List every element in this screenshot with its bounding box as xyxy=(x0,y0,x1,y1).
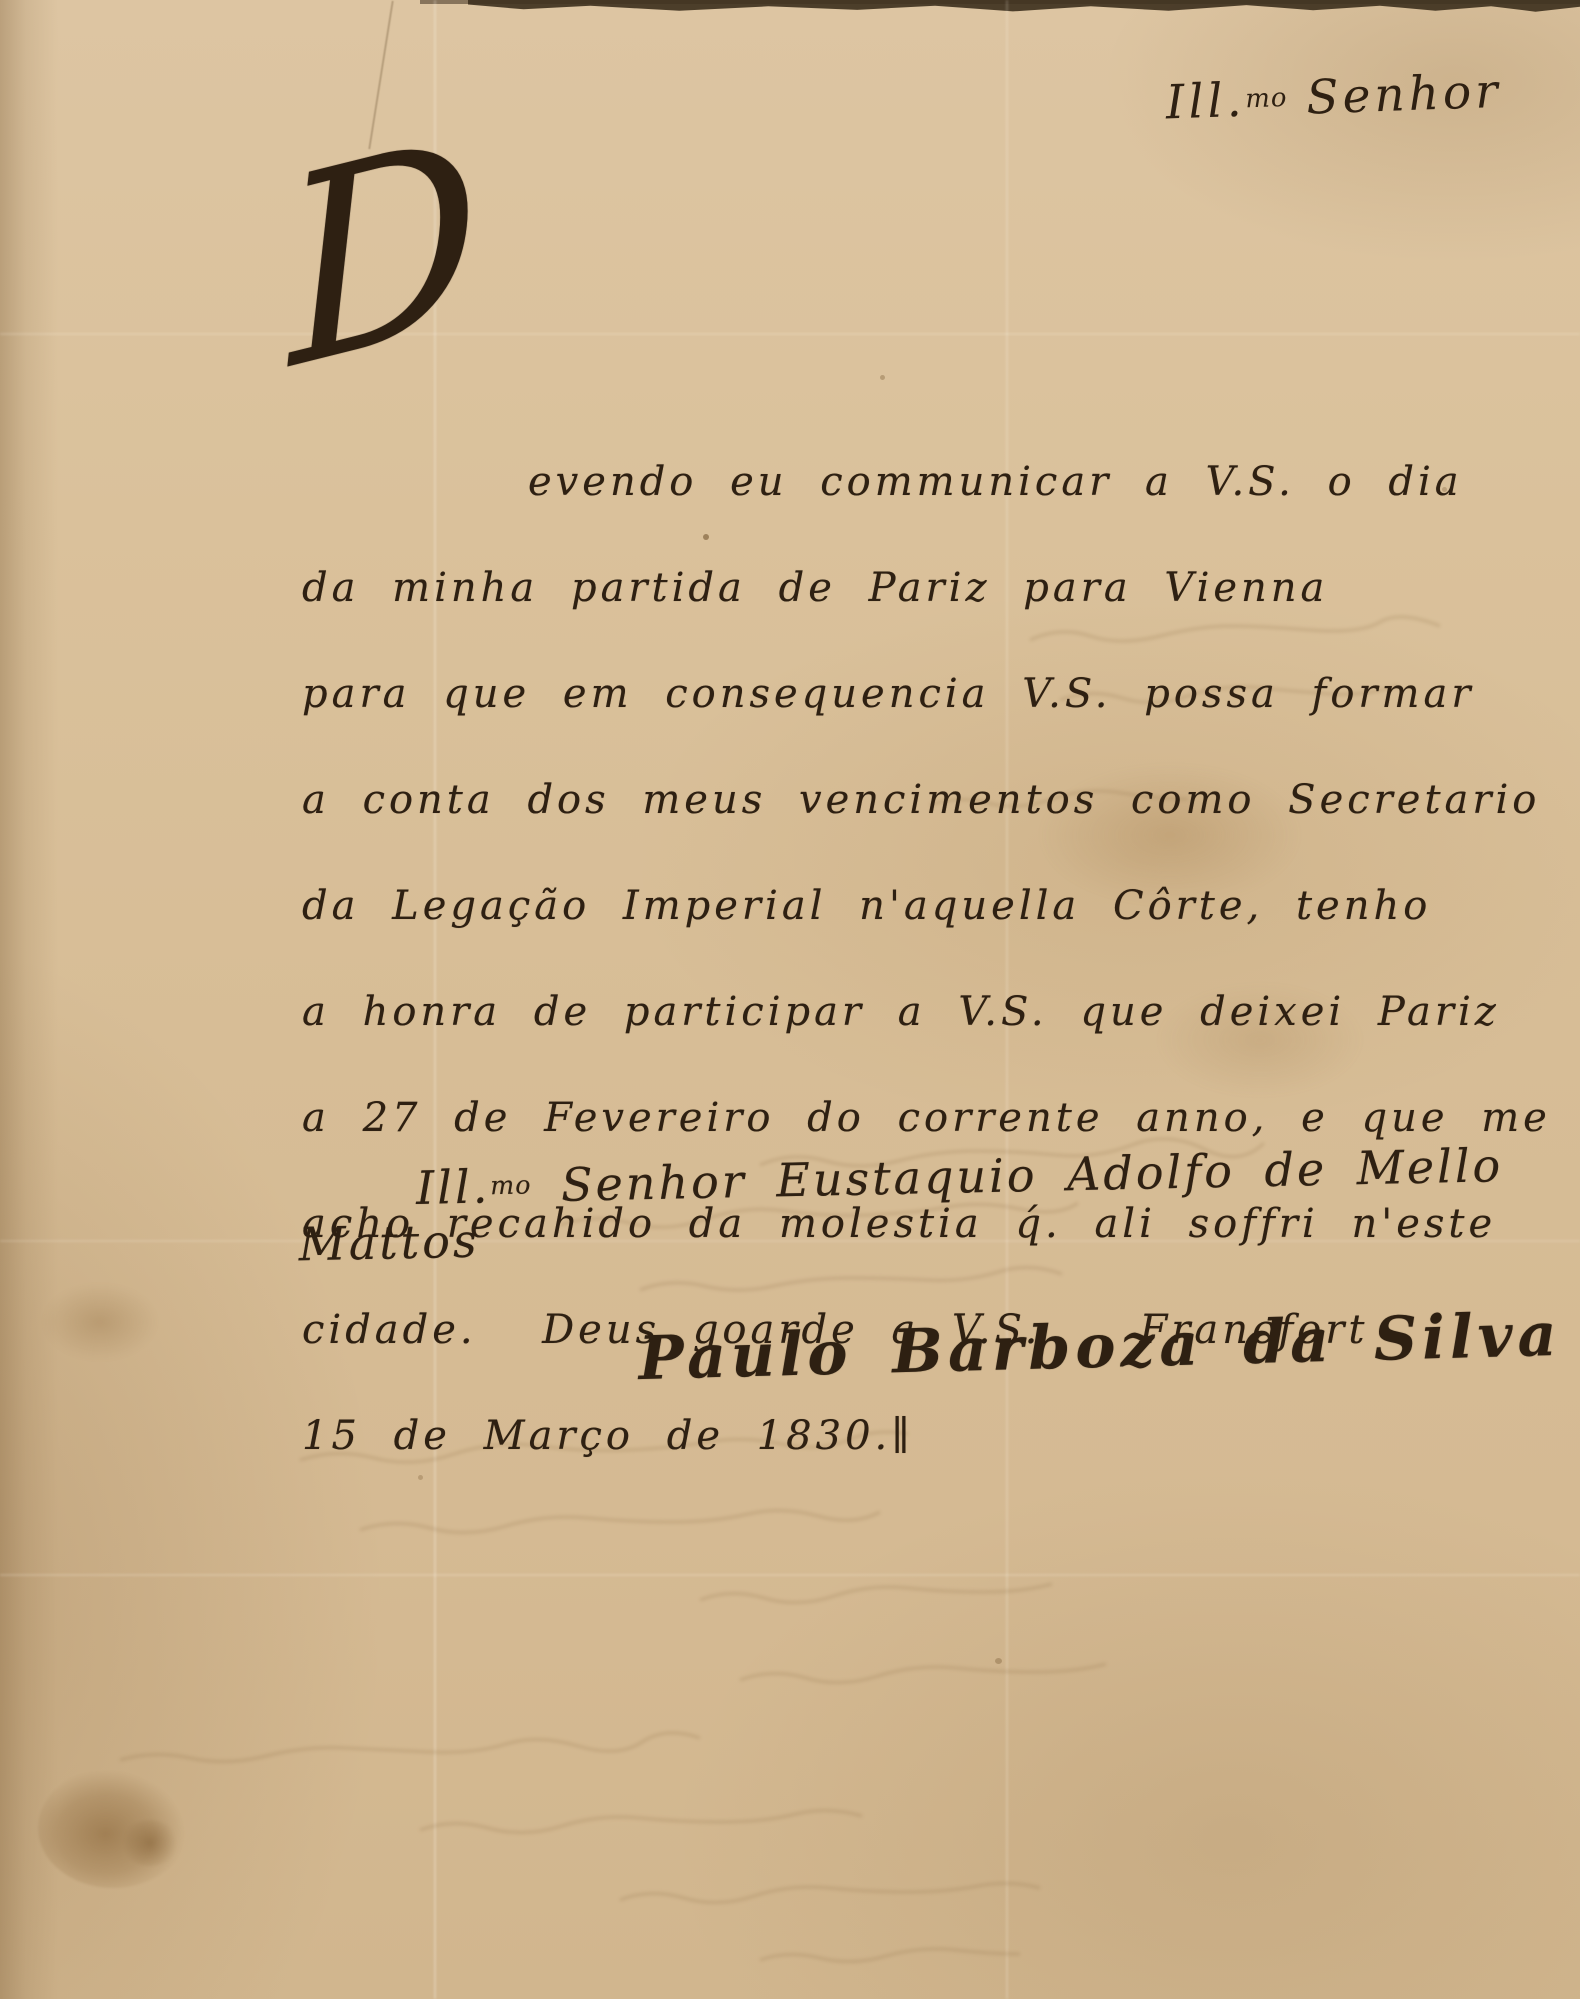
body-line: a conta dos meus vencimentos como Secret… xyxy=(302,766,1572,834)
faded-stain xyxy=(40,1282,160,1362)
salutation-superscript: mo xyxy=(1245,83,1288,114)
salutation-abbrev: Ill. xyxy=(1165,73,1246,131)
salutation-title: Senhor xyxy=(1287,64,1503,126)
body-line: para que em consequencia V.S. possa form… xyxy=(302,660,1572,728)
body-line: 15 de Março de 1830.∥ xyxy=(302,1402,1572,1470)
body-line: evendo eu communicar a V.S. o dia xyxy=(302,448,1572,516)
fold-crease-horizontal xyxy=(0,333,1580,335)
body-line: da minha partida de Pariz para Vienna xyxy=(302,554,1572,622)
foxing-spot xyxy=(880,375,885,380)
addressee-line: Ill.mo Senhor Eustaquio Adolfo de Mello … xyxy=(296,1083,1580,1326)
fold-crease-horizontal xyxy=(0,1574,1580,1576)
salutation-header: Ill.mo Senhor xyxy=(1088,9,1505,188)
addressee-abbrev: Ill. xyxy=(415,1159,490,1215)
body-line: a honra de participar a V.S. que deixei … xyxy=(302,978,1572,1046)
addressee-superscript: mo xyxy=(490,1170,532,1200)
ink-stain-blob xyxy=(120,1820,180,1866)
initial-letter-d: D xyxy=(276,102,490,406)
body-line: da Legação Imperial n'aquella Côrte, ten… xyxy=(302,872,1572,940)
manuscript-page: Ill.mo Senhor D evendo eu communicar a V… xyxy=(0,0,1580,1999)
foxing-spot xyxy=(995,1658,1002,1664)
